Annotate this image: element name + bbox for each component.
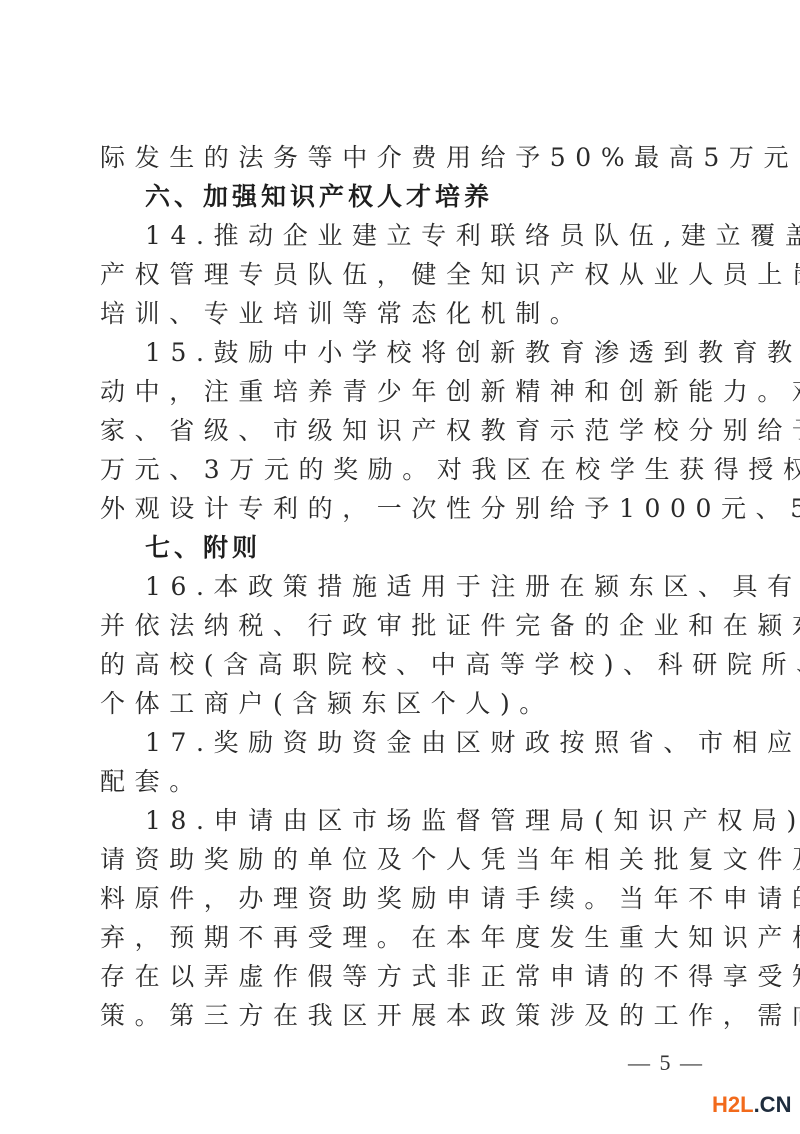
text-line: 配套。 bbox=[100, 762, 700, 801]
paragraph-continuation: 际发生的法务等中介费用给予50%最高5万元的一次性补贴。 bbox=[100, 138, 700, 177]
section-heading-7: 七、附则 bbox=[100, 528, 700, 567]
text-line: 存在以弄虚作假等方式非正常申请的不得享受知识产权政 bbox=[100, 957, 700, 996]
text-line: 18.申请由区市场监督管理局(知识产权局)负责受理。申 bbox=[100, 801, 700, 840]
paragraph-16: 16.本政策措施适用于注册在颍东区、具有独立法人资格 并依法纳税、行政审批证件完… bbox=[100, 567, 700, 723]
text-line: 外观设计专利的，一次性分别给予1000元、500元补助。 bbox=[100, 489, 700, 528]
text-line: 的高校(含高职院校、中高等学校)、科研院所、社会组织及 bbox=[100, 645, 700, 684]
text-line: 15.鼓励中小学校将创新教育渗透到教育教学和各项活 bbox=[100, 333, 700, 372]
text-line: 万元、3万元的奖励。对我区在校学生获得授权实用新型、 bbox=[100, 450, 700, 489]
paragraph-14: 14.推动企业建立专利联络员队伍,建立覆盖全区的知识 产权管理专员队伍，健全知识… bbox=[100, 216, 700, 333]
watermark-part-1: H2L bbox=[712, 1092, 754, 1117]
text-line: 16.本政策措施适用于注册在颍东区、具有独立法人资格 bbox=[100, 567, 700, 606]
text-line: 家、省级、市级知识产权教育示范学校分别给予10万元、5 bbox=[100, 411, 700, 450]
watermark-logo: H2L.CN bbox=[712, 1092, 791, 1118]
text-line: 请资助奖励的单位及个人凭当年相关批复文件及有关证明材 bbox=[100, 840, 700, 879]
text-line: 弃，预期不再受理。在本年度发生重大知识产权违法事件或 bbox=[100, 918, 700, 957]
text-line: 14.推动企业建立专利联络员队伍,建立覆盖全区的知识 bbox=[100, 216, 700, 255]
watermark-part-2: .CN bbox=[754, 1092, 792, 1117]
document-page: 际发生的法务等中介费用给予50%最高5万元的一次性补贴。 六、加强知识产权人才培… bbox=[100, 138, 700, 1035]
text-line: 并依法纳税、行政审批证件完备的企业和在颍东区创业就业 bbox=[100, 606, 700, 645]
paragraph-17: 17.奖励资助资金由区财政按照省、市相应奖补项目给予 配套。 bbox=[100, 723, 700, 801]
section-heading-6: 六、加强知识产权人才培养 bbox=[100, 177, 700, 216]
paragraph-18: 18.申请由区市场监督管理局(知识产权局)负责受理。申 请资助奖励的单位及个人凭… bbox=[100, 801, 700, 1035]
text-line: 培训、专业培训等常态化机制。 bbox=[100, 294, 700, 333]
text-line: 17.奖励资助资金由区财政按照省、市相应奖补项目给予 bbox=[100, 723, 700, 762]
paragraph-15: 15.鼓励中小学校将创新教育渗透到教育教学和各项活 动中，注重培养青少年创新精神… bbox=[100, 333, 700, 528]
text-line: 策。第三方在我区开展本政策涉及的工作，需向区市场监督 bbox=[100, 996, 700, 1035]
text-line: 料原件，办理资助奖励申请手续。当年不申请的视为自愿放 bbox=[100, 879, 700, 918]
text-line: 动中，注重培养青少年创新精神和创新能力。对当年获得国 bbox=[100, 372, 700, 411]
text-line: 个体工商户(含颍东区个人)。 bbox=[100, 684, 700, 723]
text-line: 产权管理专员队伍，健全知识产权从业人员上岗培训、在职 bbox=[100, 255, 700, 294]
page-number: — 5 — bbox=[628, 1050, 704, 1076]
text-line: 际发生的法务等中介费用给予50%最高5万元的一次性补贴。 bbox=[100, 138, 700, 177]
